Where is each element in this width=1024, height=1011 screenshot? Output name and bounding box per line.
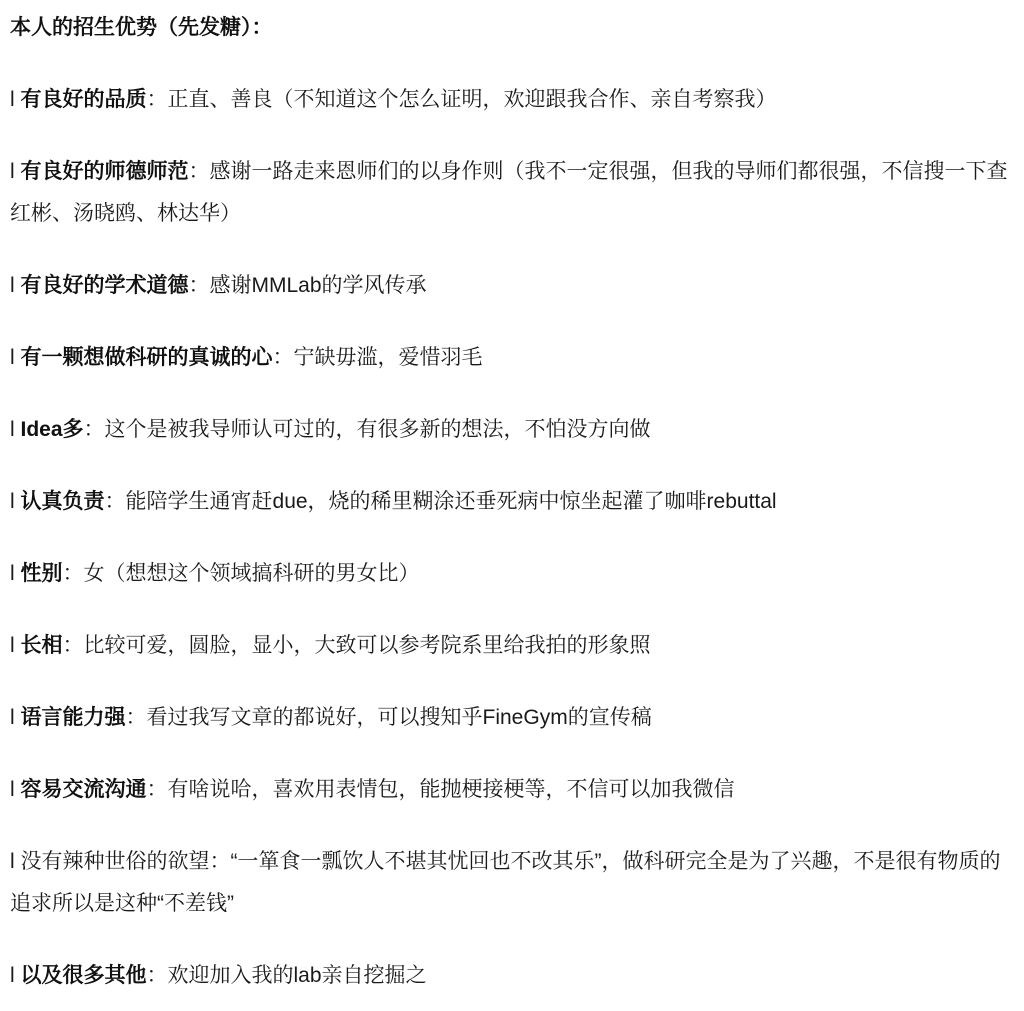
bullet-marker: l <box>10 346 15 369</box>
page-title: 本人的招生优势（先发糖）： <box>10 7 1014 49</box>
item-separator: ： <box>126 706 147 729</box>
bullet-marker: l <box>10 88 15 111</box>
item-text: 欢迎加入我的lab亲自挖掘之 <box>168 964 427 987</box>
item-text: 看过我写文章的都说好，可以搜知乎FineGym的宣传稿 <box>147 706 652 729</box>
item-separator: ： <box>147 88 168 111</box>
list-item: l 容易交流沟通：有啥说哈，喜欢用表情包，能抛梗接梗等，不信可以加我微信 <box>10 769 1014 811</box>
bullet-marker: l <box>10 850 15 873</box>
item-label: 有良好的品质 <box>21 88 147 111</box>
bullet-marker: l <box>10 964 15 987</box>
item-label: Idea多 <box>21 418 84 441</box>
item-separator: ： <box>273 346 294 369</box>
item-separator: ： <box>147 778 168 801</box>
item-text: 宁缺毋滥，爱惜羽毛 <box>294 346 483 369</box>
list-item: l 性别：女（想想这个领域搞科研的男女比） <box>10 553 1014 595</box>
item-label: 有一颗想做科研的真诚的心 <box>21 346 273 369</box>
item-text: 能陪学生通宵赶due，烧的稀里糊涂还垂死病中惊坐起灌了咖啡rebuttal <box>126 490 777 513</box>
item-text: 这个是被我导师认可过的，有很多新的想法，不怕没方向做 <box>105 418 651 441</box>
list-item: l 有良好的品质：正直、善良（不知道这个怎么证明，欢迎跟我合作、亲自考察我） <box>10 79 1014 121</box>
list-item: l 有良好的学术道德：感谢MMLab的学风传承 <box>10 265 1014 307</box>
item-separator: ： <box>63 562 84 585</box>
list-item: l 以及很多其他：欢迎加入我的lab亲自挖掘之 <box>10 955 1014 997</box>
item-separator: ： <box>84 418 105 441</box>
item-label: 有良好的师德师范 <box>21 160 189 183</box>
bullet-marker: l <box>10 490 15 513</box>
bullet-marker: l <box>10 418 15 441</box>
item-label: 长相 <box>21 634 63 657</box>
list-item: l 长相：比较可爱，圆脸，显小，大致可以参考院系里给我拍的形象照 <box>10 625 1014 667</box>
bullet-marker: l <box>10 562 15 585</box>
item-text: 比较可爱，圆脸，显小，大致可以参考院系里给我拍的形象照 <box>84 634 651 657</box>
item-label: 没有辣种世俗的欲望 <box>21 850 210 873</box>
item-label: 容易交流沟通 <box>21 778 147 801</box>
document-body: 本人的招生优势（先发糖）： l 有良好的品质：正直、善良（不知道这个怎么证明，欢… <box>0 0 1024 997</box>
item-separator: ： <box>210 850 231 873</box>
item-label: 认真负责 <box>21 490 105 513</box>
list-item: l 有一颗想做科研的真诚的心：宁缺毋滥，爱惜羽毛 <box>10 337 1014 379</box>
item-text: 女（想想这个领域搞科研的男女比） <box>84 562 420 585</box>
item-text: 正直、善良（不知道这个怎么证明，欢迎跟我合作、亲自考察我） <box>168 88 777 111</box>
item-separator: ： <box>63 634 84 657</box>
advantage-list: l 有良好的品质：正直、善良（不知道这个怎么证明，欢迎跟我合作、亲自考察我） l… <box>10 79 1014 997</box>
item-label: 以及很多其他 <box>21 964 147 987</box>
list-item: l 语言能力强：看过我写文章的都说好，可以搜知乎FineGym的宣传稿 <box>10 697 1014 739</box>
list-item: l 没有辣种世俗的欲望：“一箪食一瓢饮人不堪其忧回也不改其乐”，做科研完全是为了… <box>10 841 1014 925</box>
item-separator: ： <box>147 964 168 987</box>
bullet-marker: l <box>10 778 15 801</box>
item-separator: ： <box>189 160 210 183</box>
bullet-marker: l <box>10 274 15 297</box>
list-item: l Idea多：这个是被我导师认可过的，有很多新的想法，不怕没方向做 <box>10 409 1014 451</box>
item-label: 性别 <box>21 562 63 585</box>
list-item: l 有良好的师德师范：感谢一路走来恩师们的以身作则（我不一定很强，但我的导师们都… <box>10 151 1014 235</box>
bullet-marker: l <box>10 706 15 729</box>
item-text: 有啥说哈，喜欢用表情包，能抛梗接梗等，不信可以加我微信 <box>168 778 735 801</box>
item-separator: ： <box>105 490 126 513</box>
item-text: 感谢MMLab的学风传承 <box>210 274 427 297</box>
bullet-marker: l <box>10 634 15 657</box>
bullet-marker: l <box>10 160 15 183</box>
item-separator: ： <box>189 274 210 297</box>
list-item: l 认真负责：能陪学生通宵赶due，烧的稀里糊涂还垂死病中惊坐起灌了咖啡rebu… <box>10 481 1014 523</box>
item-label: 语言能力强 <box>21 706 126 729</box>
item-label: 有良好的学术道德 <box>21 274 189 297</box>
